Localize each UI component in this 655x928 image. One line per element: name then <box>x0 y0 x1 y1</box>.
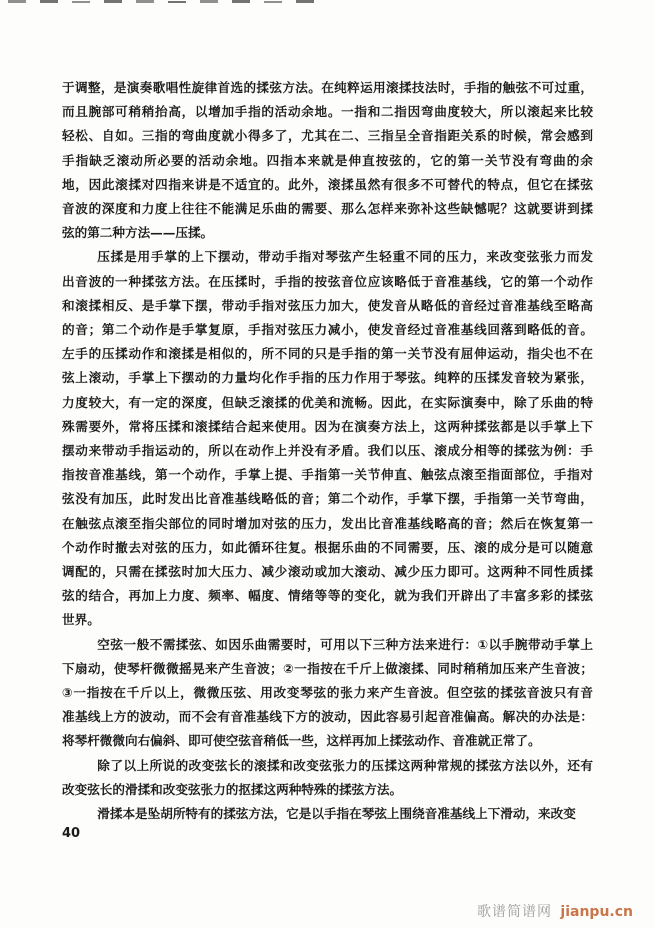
paragraph: 空弦一般不需揉弦、如因乐曲需要时，可用以下三种方法来进行：①以手腕带动手掌上下扇… <box>62 633 593 754</box>
text-line: 弦的第二种方法——压揉。 <box>62 221 593 245</box>
watermark-site-name: 歌谱简谱网 <box>477 904 552 920</box>
text-line: 在触弦点滚至指尖部位的同时增加对弦的压力，发出比音准基线略高的音；然后在恢复第一 <box>62 512 593 536</box>
scan-dash <box>200 0 218 3</box>
text-line: 弦没有加压，此时发出比音准基线略低的音；第二个动作，手掌下摆，手指第一关节弯曲， <box>62 487 593 511</box>
text-line: 左手的压揉动作和滚揉是相似的，所不同的只是手指的第一关节没有屈伸运动，指尖也不在 <box>62 342 593 366</box>
text-line: 压揉是用手掌的上下摆动，带动手指对琴弦产生轻重不同的压力，来改变弦张力而发 <box>62 245 593 269</box>
text-line: 的音；第二个动作是手掌复原，手指对弦压力减小，使发音经过音准基线回落到略低的音。 <box>62 318 593 342</box>
scan-dash <box>168 1 186 3</box>
scan-dash <box>8 0 26 3</box>
paragraph: 压揉是用手掌的上下摆动，带动手指对琴弦产生轻重不同的压力，来改变弦张力而发出音波… <box>62 245 593 632</box>
scan-dash <box>104 0 122 3</box>
scanned-document-page: 于调整，是演奏歌唱性旋律首选的揉弦方法。在纯粹运用滚揉技法时，手指的触弦不可过重… <box>0 0 655 928</box>
page-number: 40 <box>62 826 80 841</box>
text-line: 力度较大，有一定的深度，但缺乏滚揉的优美和流畅。因此，在实际演奏中，除了乐曲的特 <box>62 391 593 415</box>
text-line: 弦上滚动，手掌上下摆动的力量均化作手指的压力作用于琴弦。纯粹的压揉发音较为紧张， <box>62 366 593 390</box>
text-line: 弦的结合，再加上力度、频率、幅度、情绪等等的变化，就为我们开辟出了丰富多彩的揉弦 <box>62 584 593 608</box>
text-line: 地，因此滚揉对四指来讲是不适宜的。此外，滚揉虽然有很多不可替代的特点，但它在揉弦 <box>62 173 593 197</box>
scan-dash <box>232 0 250 3</box>
scan-dash <box>136 0 154 3</box>
scan-dash <box>296 0 314 3</box>
text-line: 摆动来带动手指运动的，所以在动作上并没有矛盾。我们以压、滚成分相等的揉弦为例：手 <box>62 439 593 463</box>
text-line: 除了以上所说的改变弦长的滚揉和改变弦张力的压揉这两种常规的揉弦方法以外，还有 <box>62 754 593 778</box>
text-line: 滑揉本是坠胡所特有的揉弦方法，它是以手指在琴弦上围绕音准基线上下滑动，来改变 <box>62 802 593 826</box>
scan-dash <box>264 1 282 3</box>
paragraph: 除了以上所说的改变弦长的滚揉和改变弦张力的压揉这两种常规的揉弦方法以外，还有改变… <box>62 754 593 802</box>
text-line: 音波的深度和力度上往往不能满足乐曲的需要、那么怎样来弥补这些缺憾呢？这就要讲到揉 <box>62 197 593 221</box>
text-line: 手指缺乏滚动所必要的活动余地。四指本来就是伸直按弦的，它的第一关节没有弯曲的余 <box>62 149 593 173</box>
text-line: 个动作时撤去对弦的压力，如此循环往复。根据乐曲的不同需要，压、滚的成分是可以随意 <box>62 536 593 560</box>
watermark: 歌谱简谱网 jianpu.cn <box>477 901 633 921</box>
scan-dash <box>40 0 58 3</box>
document-text: 于调整，是演奏歌唱性旋律首选的揉弦方法。在纯粹运用滚揉技法时，手指的触弦不可过重… <box>62 76 593 826</box>
scan-dash <box>72 1 90 3</box>
text-line: 准基线上方的波动，而不会有音准基线下方的波动，因此容易引起音准偏高。解决的办法是… <box>62 705 593 729</box>
text-line: 出音波的一种揉弦方法。在压揉时，手指的按弦音位应该略低于音准基线，它的第一个动作 <box>62 270 593 294</box>
text-line: 空弦一般不需揉弦、如因乐曲需要时，可用以下三种方法来进行：①以手腕带动手掌上 <box>62 633 593 657</box>
text-line: 轻松、自如。三指的弯曲度就小得多了，尤其在二、三指呈全音指距关系的时候，常会感到 <box>62 124 593 148</box>
text-line: 指按音准基线，第一个动作，手掌上提、手指第一关节伸直、触弦点滚至指面部位，手指对 <box>62 463 593 487</box>
text-line: ③一指按在千斤以上，微微压弦、用改变琴弦的张力来产生音波。但空弦的揉弦音波只有音 <box>62 681 593 705</box>
watermark-site-url: jianpu.cn <box>560 904 633 920</box>
text-line: 下扇动，使琴杆微微摇晃来产生音波；②一指按在千斤上做滚揉、同时稍稍加压来产生音波… <box>62 657 593 681</box>
text-line: 于调整，是演奏歌唱性旋律首选的揉弦方法。在纯粹运用滚揉技法时，手指的触弦不可过重… <box>62 76 593 100</box>
text-line: 殊需要外，常将压揉和滚揉结合起来使用。因为在演奏方法上，这两种揉弦都是以手掌上下 <box>62 415 593 439</box>
text-line: 将琴杆微微向右偏斜、即可使空弦音稍低一些，这样再加上揉弦动作、音准就正常了。 <box>62 729 593 753</box>
text-line: 改变弦长的滑揉和改变弦张力的抠揉这两种特殊的揉弦方法。 <box>62 778 593 802</box>
scan-artifact-dashes <box>8 0 314 3</box>
text-line: 世界。 <box>62 608 593 632</box>
paragraph: 于调整，是演奏歌唱性旋律首选的揉弦方法。在纯粹运用滚揉技法时，手指的触弦不可过重… <box>62 76 593 245</box>
text-line: 调配的，只需在揉弦时加大压力、减少滚动或加大滚动、减少压力即可。这两种不同性质揉 <box>62 560 593 584</box>
paragraph: 滑揉本是坠胡所特有的揉弦方法，它是以手指在琴弦上围绕音准基线上下滑动，来改变 <box>62 802 593 826</box>
text-line: 而且腕部可稍稍抬高，以增加手指的活动余地。一指和二指因弯曲度较大，所以滚起来比较 <box>62 100 593 124</box>
text-line: 和滚揉相反、是手掌下摆，带动手指对弦压力加大，使发音从略低的音经过音准基线至略高 <box>62 294 593 318</box>
